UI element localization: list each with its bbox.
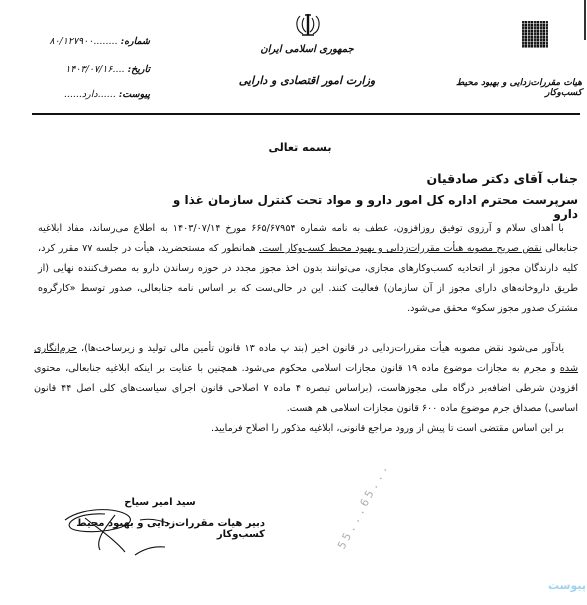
body-paragraph-3: بر این اساس مقتضی است تا پیش از ورود مرا… <box>150 419 578 439</box>
ministry-heading: وزارت امور اقتصادی و دارایی <box>222 74 392 87</box>
letter-attachment-label: پیوست: <box>119 89 150 100</box>
letter-date-label: تاریخ: <box>128 64 150 75</box>
body-paragraph-2: یادآور می‌شود نقض مصوبه هیأت مقررات‌زدای… <box>34 339 578 419</box>
paragraph-3-text: بر این اساس مقتضی است تا پیش از ورود مرا… <box>211 423 564 434</box>
watermark-logo: پیوست <box>548 579 587 592</box>
header-divider <box>32 113 580 115</box>
page-edge <box>584 0 586 40</box>
addressee-title: سرپرست محترم اداره کل امور دارو و مواد ت… <box>150 193 578 221</box>
letter-attachment-value: ......دارد...... <box>64 89 116 100</box>
qr-code <box>522 21 548 48</box>
organization-name: هیات مقررات‌زدایی و بهبود محیط کسب‌وکار <box>440 78 582 98</box>
paragraph-2-text-a: یادآور می‌شود نقض مصوبه هیأت مقررات‌زدای… <box>77 343 564 354</box>
letter-attachment: پیوست: ......دارد...... <box>30 89 150 100</box>
republic-heading: جمهوری اسلامی ایران <box>232 44 382 55</box>
letter-number: شماره: ........۸۰/۱۲۷۹۰۰ <box>30 36 150 47</box>
signature-scribble-icon <box>55 500 175 560</box>
letter-number-label: شماره: <box>121 36 150 47</box>
brand-name: پیوست <box>548 579 586 592</box>
stamp-trace: 55...65... <box>335 460 392 551</box>
addressee-name: جناب آقای دکتر صادقیان <box>300 171 578 186</box>
paragraph-2-text-b: و مجرم به مجازات موضوع ماده ۱۹ قانون مجا… <box>34 363 578 414</box>
body-paragraph-1: با اهدای سلام و آرزوی توفیق روزافزون، عط… <box>38 219 578 319</box>
iran-emblem-icon <box>294 12 322 38</box>
letter-date: تاریخ: ....۱۴۰۳/۰۷/۱۶ <box>28 64 150 75</box>
letter-number-value: ........۸۰/۱۲۷۹۰۰ <box>49 36 117 47</box>
paragraph-1-underlined: نقض صریح مصوبه هیأت مقررات‌زدایی و بهبود… <box>259 243 542 254</box>
letter-date-value: ....۱۴۰۳/۰۷/۱۶ <box>65 64 124 75</box>
invocation: بسمه تعالی <box>260 141 340 154</box>
